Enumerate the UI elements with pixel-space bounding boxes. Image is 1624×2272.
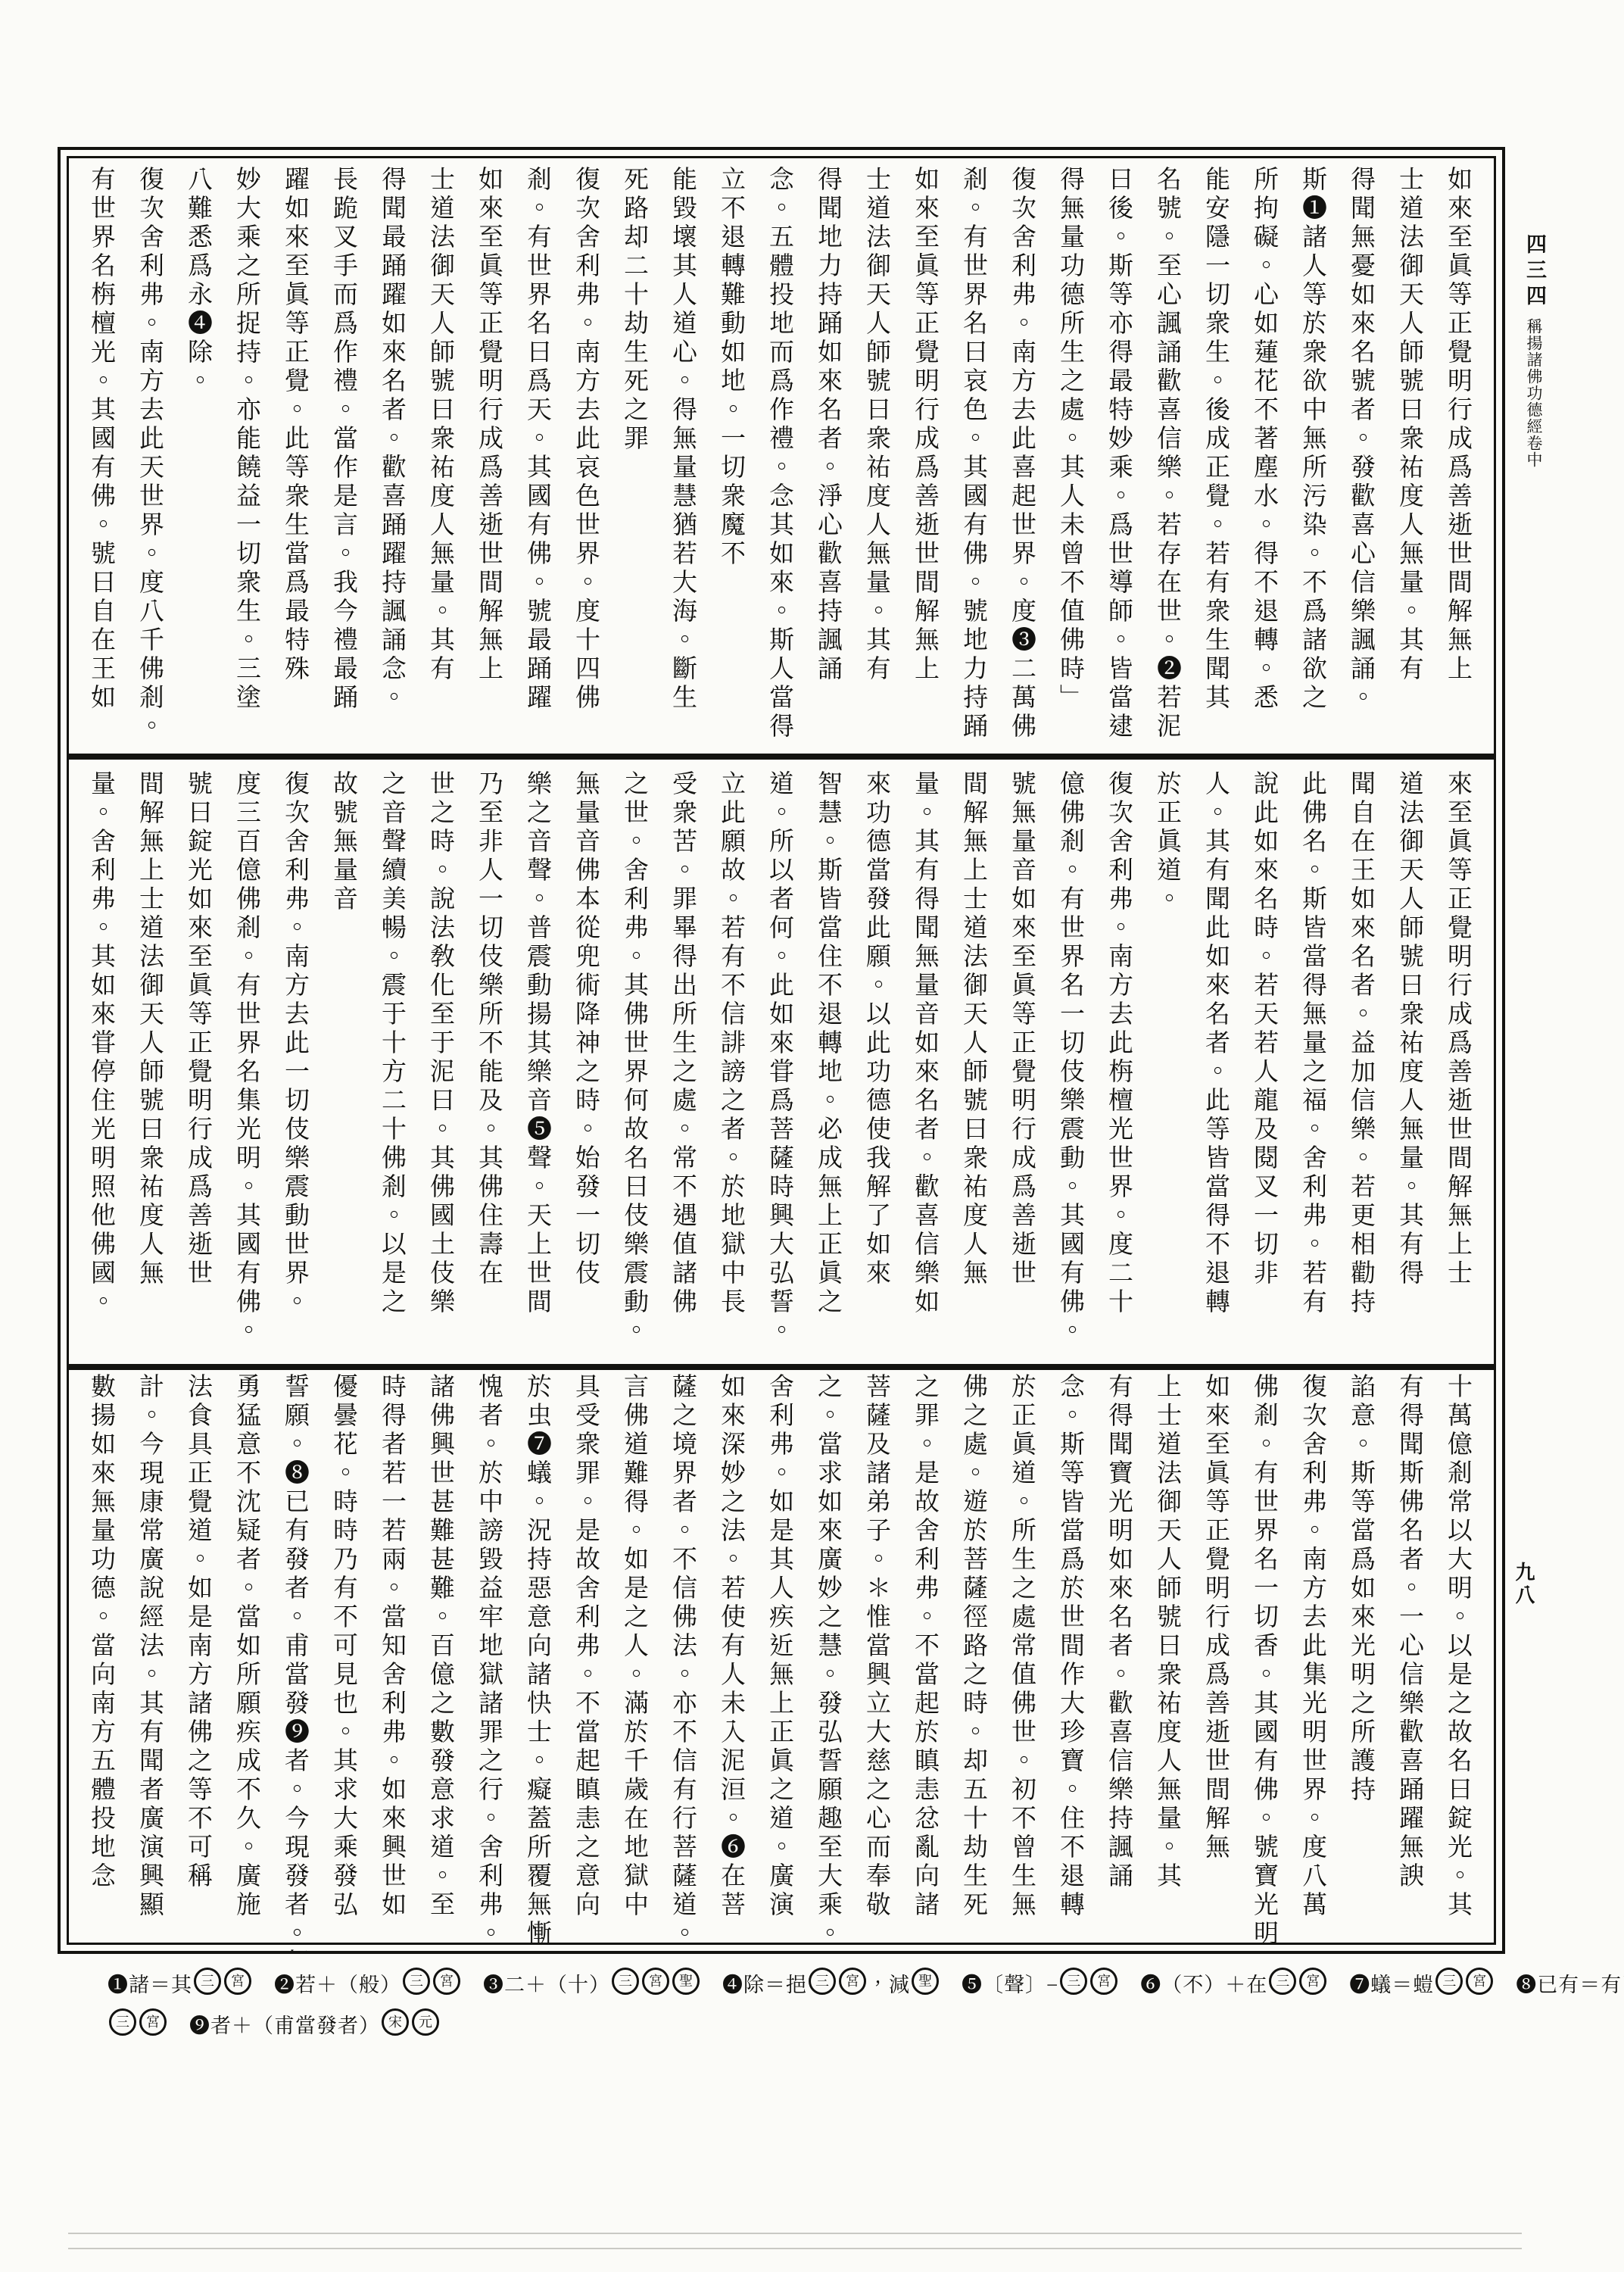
- collation-siglum: 聖: [912, 1968, 939, 1995]
- scan-artifact-line: [68, 2233, 1522, 2234]
- collation-siglum: 三: [1435, 1968, 1463, 1995]
- register-divider-2: [68, 1364, 1495, 1370]
- register-bottom: 十萬億剎常以大明。以是之故名曰錠光。其 有得聞斯佛名者。一心信樂歡喜踊躍無諛 諂…: [76, 1373, 1482, 1952]
- collation-siglum: 三: [194, 1968, 221, 1995]
- text-frame-inner-rule: 如來至眞等正覺明行成爲善逝世間解無上 士道法御天人師號曰衆祐度人無量。其有 得聞…: [67, 156, 1496, 1945]
- collation-siglum: 聖: [672, 1968, 700, 1995]
- scan-artifact-line: [68, 2248, 1522, 2249]
- collation-siglum: 宮: [139, 2008, 167, 2036]
- collation-siglum: 三: [109, 2008, 136, 2036]
- collation-siglum: 三: [612, 1968, 639, 1995]
- margin-sutra-title: 稱揚諸佛功德經卷中: [1523, 318, 1545, 468]
- collation-siglum: 宮: [642, 1968, 669, 1995]
- text-frame: 如來至眞等正覺明行成爲善逝世間解無上 士道法御天人師號曰衆祐度人無量。其有 得聞…: [58, 147, 1505, 1954]
- margin-page-number: 九八: [1510, 1562, 1538, 1607]
- collation-siglum: 三: [403, 1968, 430, 1995]
- collation-siglum: 宮: [1299, 1968, 1326, 1995]
- collation-siglum: 三: [809, 1968, 836, 1995]
- collation-siglum: 宮: [1090, 1968, 1117, 1995]
- collation-siglum: 三: [1269, 1968, 1296, 1995]
- scanned-sutra-page: 四三四 稱揚諸佛功德經卷中 九八 如來至眞等正覺明行成爲善逝世間解無上 士道法御…: [0, 0, 1624, 2272]
- collation-siglum: 三: [1060, 1968, 1087, 1995]
- register-divider-1: [68, 754, 1495, 760]
- collation-siglum: 宮: [224, 1968, 251, 1995]
- register-middle: 來至眞等正覺明行成爲善逝世間解無上士 道法御天人師號曰衆祐度人無量。其有得 聞自…: [76, 770, 1482, 1362]
- footnote-line-2: 三宮 ❾者＋（甫當發者）宋元: [108, 2008, 1523, 2039]
- collation-siglum: 宋: [382, 2008, 409, 2036]
- collation-siglum: 宮: [839, 1968, 866, 1995]
- collation-siglum: 宮: [433, 1968, 460, 1995]
- margin-text-number: 四三四: [1520, 233, 1550, 311]
- register-top: 如來至眞等正覺明行成爲善逝世間解無上 士道法御天人師號曰衆祐度人無量。其有 得聞…: [76, 166, 1482, 758]
- footnote-line-1: ❶諸＝其三宮 ❷若＋（般）三宮 ❸二＋（十）三宮聖 ❹除＝挹三宮，減聖 ❺〔聲〕…: [108, 1968, 1523, 1998]
- collation-siglum: 宮: [1466, 1968, 1493, 1995]
- collation-siglum: 元: [412, 2008, 439, 2036]
